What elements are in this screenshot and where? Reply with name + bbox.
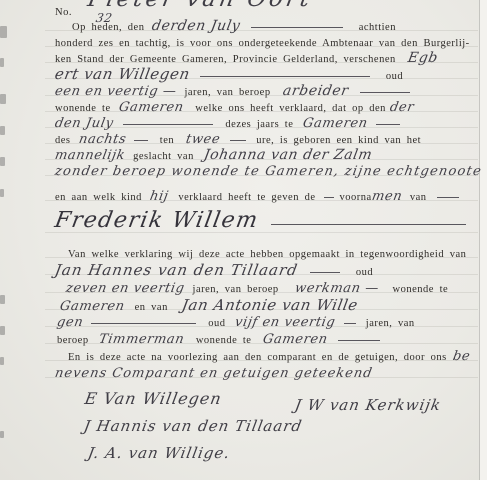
form-rule [45, 377, 478, 378]
handwritten-text: be [451, 349, 471, 364]
handwritten-text: nevens Comparant en getuigen geteekend [54, 366, 374, 381]
form-rule [45, 292, 478, 293]
record-number-row: No. [55, 2, 72, 20]
scan-artifact [0, 157, 5, 166]
form-line: genoudvijf en veertigjaren, van [57, 313, 415, 331]
fill-dash [437, 192, 459, 198]
form-rule [45, 62, 478, 63]
handwritten-name: Frederik Willem [53, 208, 261, 233]
printed-text: oud [386, 71, 403, 82]
form-line: nevens Comparant en getuigen geteekend [55, 364, 373, 382]
fill-dash [310, 267, 340, 273]
printed-text: ken Stand der Gemeente Gameren, Provinci… [55, 54, 396, 65]
printed-text: jaren, van beroep [184, 87, 270, 98]
form-rule [45, 127, 478, 128]
signature: J. A. van Willige. [86, 444, 231, 462]
fill-dash [200, 71, 370, 77]
form-rule [45, 257, 478, 258]
form-rule [45, 274, 478, 275]
printed-text: en van [135, 302, 168, 313]
scan-artifact [0, 326, 5, 335]
scan-artifact [0, 26, 7, 38]
handwritten-text: Jan Hannes van den Tillaard [53, 261, 299, 279]
handwritten-text: Gameren [59, 299, 126, 314]
printed-text: oud [356, 267, 373, 278]
printed-text: van [410, 192, 427, 203]
form-rule [45, 360, 478, 361]
form-line: Van welke verklaring wij deze acte hebbe… [68, 244, 466, 262]
printed-text: oud [208, 318, 225, 329]
form-rule [45, 200, 478, 201]
printed-text: En is deze acte na voorlezing aan den co… [68, 352, 447, 363]
printed-text: verklaard heeft te geven de [178, 192, 315, 203]
printed-text: ten [160, 135, 174, 146]
fill-dash [230, 135, 246, 141]
form-rule [45, 143, 478, 144]
handwritten-text: mannelijk [54, 148, 127, 163]
form-line: zeven en veertigjaren, van beroepwerkman… [66, 279, 448, 297]
handwritten-text: vijf en veertig [234, 315, 337, 330]
printed-text: Op heden, den [72, 22, 144, 33]
fill-dash [324, 192, 334, 198]
form-line: zonder beroep wonende te Gameren, zijne … [55, 162, 482, 180]
handwritten-text: der [389, 100, 416, 115]
handwritten-text: twee [185, 132, 222, 147]
printed-text: wonende te [196, 335, 252, 346]
fill-dash [91, 318, 196, 324]
scan-artifact [0, 189, 4, 197]
fill-dash [360, 87, 410, 93]
signature: J Hannis van den Tillaard [82, 417, 303, 435]
handwritten-text: zonder beroep wonende te Gameren, zijne … [54, 164, 484, 179]
form-line: Frederik Willem [55, 208, 466, 233]
scan-artifact [0, 295, 5, 304]
printed-text: jaren, van beroep [193, 284, 279, 295]
form-rule [45, 111, 478, 112]
printed-text: wonende te [393, 284, 449, 295]
handwritten-text: Gameren [262, 332, 329, 347]
scan-edge-band [480, 0, 487, 480]
fill-dash [271, 219, 466, 225]
fill-dash [376, 119, 400, 125]
scan-artifact [0, 431, 4, 438]
fill-dash [338, 335, 380, 341]
scan-artifact [0, 94, 6, 104]
printed-text: dezes jaars te [225, 119, 293, 130]
printed-text: des [55, 135, 71, 146]
handwritten-text: nachts [77, 132, 127, 147]
printed-text: wonende te [55, 103, 111, 114]
printed-text: achttien [359, 22, 396, 33]
handwritten-text: arbeider [281, 83, 349, 99]
handwritten-text: een en veertig — [54, 84, 178, 99]
top-handwriting-fragment: Pieter van Oort [86, 0, 315, 12]
document-scan: Pieter van Oort No. 32 Op heden, denderd… [0, 0, 487, 480]
signature: J W van Kerkwijk [293, 396, 442, 414]
printed-text: en aan welk kind [55, 192, 142, 203]
handwritten-text: Jan Antonie van Wille [180, 296, 359, 314]
handwritten-text: ert van Willegen [53, 65, 191, 83]
form-rule [45, 343, 478, 344]
handwritten-text: men [370, 189, 403, 204]
handwritten-text: den July [54, 116, 115, 131]
printed-text: geslacht van [133, 151, 194, 162]
scan-artifact [0, 126, 5, 135]
form-line: En is deze acte na voorlezing aan den co… [68, 347, 470, 365]
form-rule [45, 175, 478, 176]
form-rule [45, 326, 478, 327]
form-rule [45, 95, 478, 96]
form-rule [45, 30, 478, 31]
printed-text: beroep [57, 335, 89, 346]
form-line: beroepTimmermanwonende teGameren [57, 330, 380, 348]
handwritten-text: zeven en veertig [65, 281, 186, 296]
form-rule [45, 78, 478, 79]
handwritten-text: hij [149, 189, 170, 204]
printed-text: honderd zes en tachtig, is voor ons onde… [55, 38, 470, 49]
record-number-label: No. [55, 7, 72, 18]
scan-artifact [0, 357, 4, 365]
fill-dash [344, 318, 356, 324]
form-line: Jan Hannes van den Tillaardoud [55, 261, 373, 280]
form-rule [45, 309, 478, 310]
handwritten-text: Gameren [117, 100, 184, 115]
printed-text: ure, is geboren een kind van het [256, 135, 421, 146]
scan-artifact [0, 58, 4, 67]
handwritten-text: gen [56, 315, 85, 330]
printed-text: welke ons heeft verklaard, dat op den [195, 103, 386, 114]
form-rule [45, 232, 478, 233]
printed-text: voorna [340, 192, 372, 203]
printed-text: jaren, van [366, 318, 415, 329]
handwritten-text: Gameren [302, 116, 369, 131]
handwritten-text: werkman — [293, 281, 380, 296]
signature: E Van Willegen [83, 389, 223, 408]
handwritten-text: Johanna van der Zalm [202, 147, 373, 163]
fill-dash [134, 135, 148, 141]
fill-dash [123, 119, 213, 125]
form-line: en aan welk kindhijverklaard heeft te ge… [55, 187, 459, 205]
fill-dash [251, 22, 343, 28]
handwritten-text: Egb [406, 50, 439, 66]
form-rule [45, 46, 478, 47]
handwritten-text: derden July [151, 18, 242, 34]
handwritten-text: Timmerman [97, 332, 185, 347]
printed-text: Van welke verklaring wij deze acte hebbe… [68, 249, 466, 260]
form-rule [45, 159, 478, 160]
